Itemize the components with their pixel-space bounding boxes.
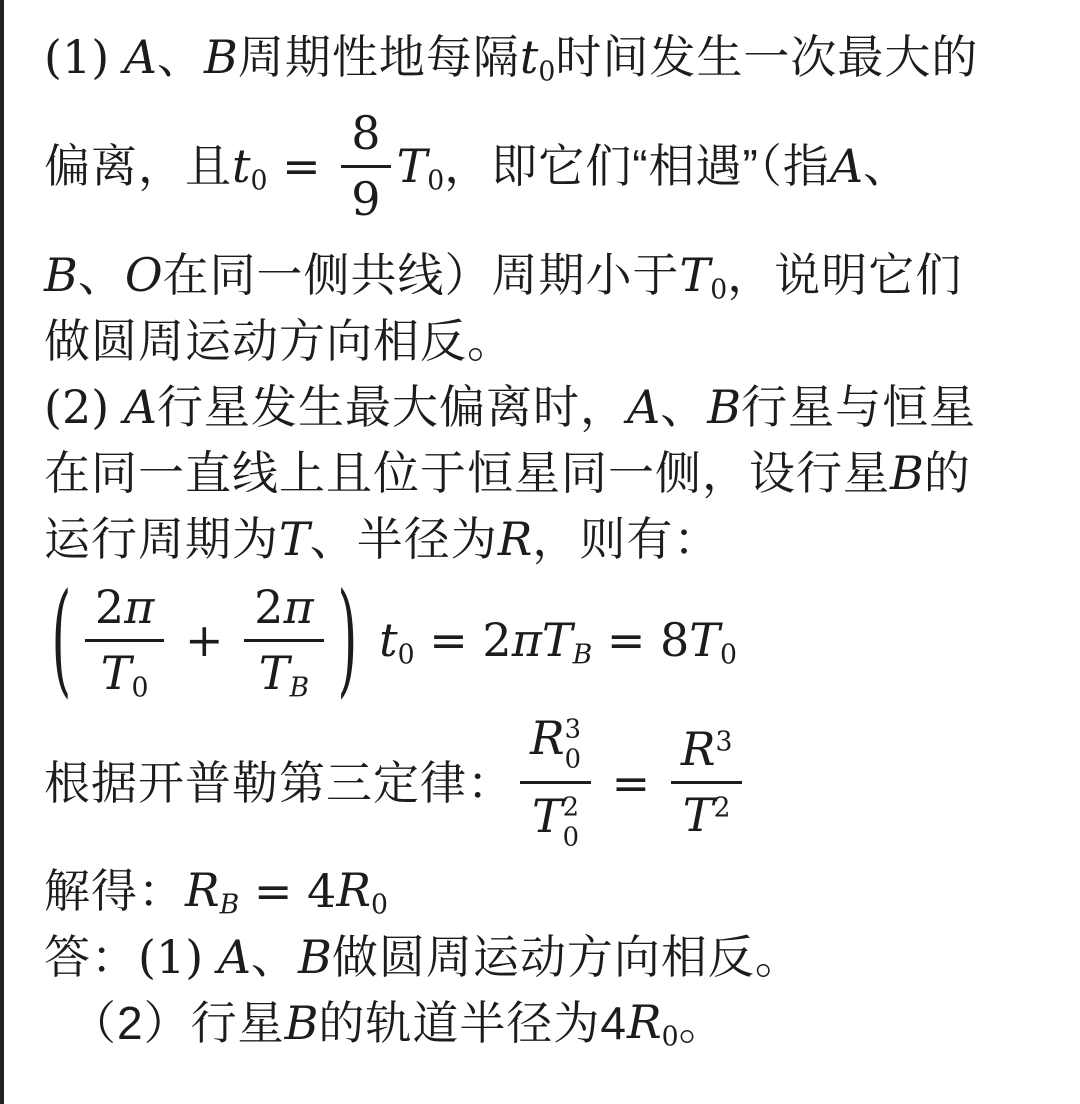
text-segment: 、 xyxy=(78,252,125,298)
text-segment: 周期性地每隔 xyxy=(238,34,520,80)
fraction: 2πT0 xyxy=(85,580,165,701)
text-segment: 做圆周运动方向相反。 xyxy=(332,934,802,980)
math-variable: T xyxy=(683,788,714,842)
math-variable-sub-sup: R30 xyxy=(530,714,581,773)
math-roman-segment: (1) xyxy=(138,934,218,980)
math-variable-subscripted: T0 xyxy=(397,143,445,190)
text-segment: （2）行星 xyxy=(70,1000,285,1046)
fraction-denominator: TB xyxy=(244,642,324,701)
sub-sup-stack: 30 xyxy=(565,715,581,774)
big-left-paren: ( xyxy=(52,578,72,701)
fraction-numerator: 2π xyxy=(85,580,165,642)
math-roman-segment: = 4 xyxy=(239,868,336,914)
math-variable-superscripted: R3 xyxy=(681,726,733,773)
math-roman-segment: = xyxy=(597,760,665,806)
math-variable: R xyxy=(530,711,565,765)
math-variable-subscripted: R0 xyxy=(627,999,679,1046)
math-variable-subscripted: T0 xyxy=(680,252,728,299)
math-roman-segment: = 2 xyxy=(415,617,512,663)
text-segment: 根据开普勒第三定律： xyxy=(44,760,514,806)
text-segment: 、 xyxy=(157,34,204,80)
subscript: 0 xyxy=(371,889,388,920)
fraction-numerator: 8 xyxy=(341,106,390,168)
fraction-numerator: R3 xyxy=(671,722,743,784)
superscript: 3 xyxy=(715,727,732,758)
math-roman-segment: (2) xyxy=(44,384,124,430)
math-variable: t xyxy=(232,139,251,193)
text-segment: 时间发生一次最大的 xyxy=(555,34,978,80)
math-variable: B xyxy=(707,384,741,430)
math-roman-segment: (1) xyxy=(44,34,124,80)
math-variable-subscripted: R0 xyxy=(336,867,388,914)
solution-line-7: 运行周期为T、半径为R，则有： xyxy=(44,508,1052,570)
math-variable: π xyxy=(283,580,313,634)
math-variable-subscripted: RB xyxy=(185,867,239,914)
math-variable: A xyxy=(830,143,863,189)
math-variable: T xyxy=(680,248,711,302)
text-segment: 行星发生最大偏离时， xyxy=(157,384,627,430)
subscript: 0 xyxy=(427,165,444,196)
text-segment: 、 xyxy=(660,384,707,430)
math-variable: t xyxy=(520,30,539,84)
math-variable: A xyxy=(124,34,157,80)
math-variable-subscripted: t0 xyxy=(232,143,267,190)
math-variable: T xyxy=(101,646,132,700)
subscript: 0 xyxy=(131,672,148,703)
superscript: 2 xyxy=(713,793,730,824)
math-variable-sub-sup: T20 xyxy=(532,792,579,851)
math-variable: O xyxy=(125,252,163,298)
superscript: 3 xyxy=(565,715,581,745)
math-roman-segment: 8 xyxy=(351,106,380,160)
text-segment: 行星与恒星 xyxy=(741,384,976,430)
math-variable: R xyxy=(681,722,716,776)
math-roman-segment: 2 xyxy=(254,580,283,634)
math-variable-superscripted: T2 xyxy=(683,792,731,839)
text-segment: 、 xyxy=(251,934,298,980)
math-variable: T xyxy=(689,613,720,667)
text-segment: 运行周期为 xyxy=(44,516,279,562)
text-segment: 的轨道半径为4 xyxy=(318,1000,627,1046)
fraction-numerator: R30 xyxy=(520,710,591,784)
text-segment: 、 xyxy=(863,143,910,189)
solution-line-6: 在同一直线上且位于恒星同一侧，设行星B的 xyxy=(44,442,1052,504)
fraction: 89 xyxy=(341,106,390,227)
subscript: 0 xyxy=(398,639,415,670)
superscript: 2 xyxy=(563,794,579,824)
text-segment: ，即它们“相遇”（指 xyxy=(444,143,830,189)
math-variable: B xyxy=(285,1000,319,1046)
fraction-denominator: 9 xyxy=(341,168,390,227)
math-variable: B xyxy=(204,34,238,80)
math-variable: A xyxy=(124,384,157,430)
answer-line-2: （2）行星B的轨道半径为4R0。 xyxy=(44,992,1052,1054)
math-variable: T xyxy=(397,139,428,193)
solution-result-line: 解得：RB = 4R0 xyxy=(44,860,1052,922)
math-variable: A xyxy=(218,934,251,980)
text-segment: 解得： xyxy=(44,868,185,914)
solution-line-2: 偏离，且t0 = 89T0，即它们“相遇”（指A、 xyxy=(44,92,1052,240)
solution-text-block: (1) A、B周期性地每隔t0时间发生一次最大的 偏离，且t0 = 89T0，即… xyxy=(44,26,1052,1058)
math-variable: T xyxy=(532,789,563,843)
math-roman-segment: = xyxy=(267,143,335,189)
math-variable-subscripted: t0 xyxy=(379,617,414,664)
math-variable: R xyxy=(336,863,371,917)
subscript: 0 xyxy=(563,823,579,853)
fraction-numerator: 2π xyxy=(244,580,324,642)
math-variable: T xyxy=(279,516,310,562)
text-segment: 、半径为 xyxy=(310,516,498,562)
answer-line-1: 答：(1) A、B做圆周运动方向相反。 xyxy=(44,926,1052,988)
math-variable-subscripted: TB xyxy=(259,650,309,697)
formula-kepler-third-law: 根据开普勒第三定律：R30T20 = R3T2 xyxy=(44,710,1052,856)
math-variable-subscripted: T0 xyxy=(101,650,149,697)
math-roman-segment: + xyxy=(170,617,238,663)
big-right-paren: ) xyxy=(337,578,357,701)
math-variable: B xyxy=(298,934,332,980)
math-roman-segment: 9 xyxy=(351,172,380,226)
math-roman-segment xyxy=(365,617,380,663)
subscript: 0 xyxy=(662,1021,679,1052)
solution-page: (1) A、B周期性地每隔t0时间发生一次最大的 偏离，且t0 = 89T0，即… xyxy=(0,0,1080,1104)
subscript: B xyxy=(289,672,309,703)
solution-line-5: (2) A行星发生最大偏离时，A、B行星与恒星 xyxy=(44,376,1052,438)
math-variable: t xyxy=(379,613,398,667)
math-variable: T xyxy=(259,646,290,700)
text-segment: 在同一直线上且位于恒星同一侧，设行星 xyxy=(44,450,890,496)
math-variable: R xyxy=(627,995,662,1049)
fraction-denominator: T0 xyxy=(85,642,165,701)
subscript: B xyxy=(220,889,240,920)
fraction: R30T20 xyxy=(520,710,591,856)
math-variable: B xyxy=(890,450,924,496)
math-variable: π xyxy=(124,580,154,634)
fraction-denominator: T20 xyxy=(520,784,591,855)
text-segment: 答： xyxy=(44,934,138,980)
subscript: 0 xyxy=(538,56,555,87)
math-variable: A xyxy=(627,384,660,430)
text-segment: 在同一侧共线）周期小于 xyxy=(163,252,680,298)
subscript: 0 xyxy=(710,274,727,305)
text-segment: ，则有： xyxy=(532,516,720,562)
math-variable: R xyxy=(498,516,533,562)
math-variable-subscripted: TB xyxy=(542,617,592,664)
solution-line-4: 做圆周运动方向相反。 xyxy=(44,310,1052,372)
math-roman-segment: = 8 xyxy=(592,617,689,663)
fraction: R3T2 xyxy=(671,722,743,843)
sub-sup-stack: 20 xyxy=(563,794,579,853)
math-variable: T xyxy=(542,613,573,667)
math-variable-subscripted: t0 xyxy=(520,34,555,81)
text-segment: ，说明它们 xyxy=(727,252,962,298)
left-edge-border-line xyxy=(0,0,4,1104)
math-roman-segment: 2 xyxy=(95,580,124,634)
formula-angular-velocity-equation: (2πT0 + 2πTB) t0 = 2πTB = 8T0 xyxy=(44,574,1052,706)
math-variable: B xyxy=(44,252,78,298)
text-segment: 做圆周运动方向相反。 xyxy=(44,318,514,364)
text-segment: 的 xyxy=(924,450,971,496)
text-segment: 偏离，且 xyxy=(44,143,232,189)
subscript: 0 xyxy=(720,639,737,670)
solution-line-3: B、O在同一侧共线）周期小于T0，说明它们 xyxy=(44,244,1052,306)
math-variable-subscripted: T0 xyxy=(689,617,737,664)
text-segment: 。 xyxy=(679,1000,726,1046)
subscript: 0 xyxy=(565,745,581,775)
subscript: 0 xyxy=(251,165,268,196)
solution-line-1: (1) A、B周期性地每隔t0时间发生一次最大的 xyxy=(44,26,1052,88)
fraction-denominator: T2 xyxy=(671,784,743,843)
fraction: 2πTB xyxy=(244,580,324,701)
math-variable: π xyxy=(512,617,542,663)
math-variable: R xyxy=(185,863,220,917)
subscript: B xyxy=(573,639,593,670)
